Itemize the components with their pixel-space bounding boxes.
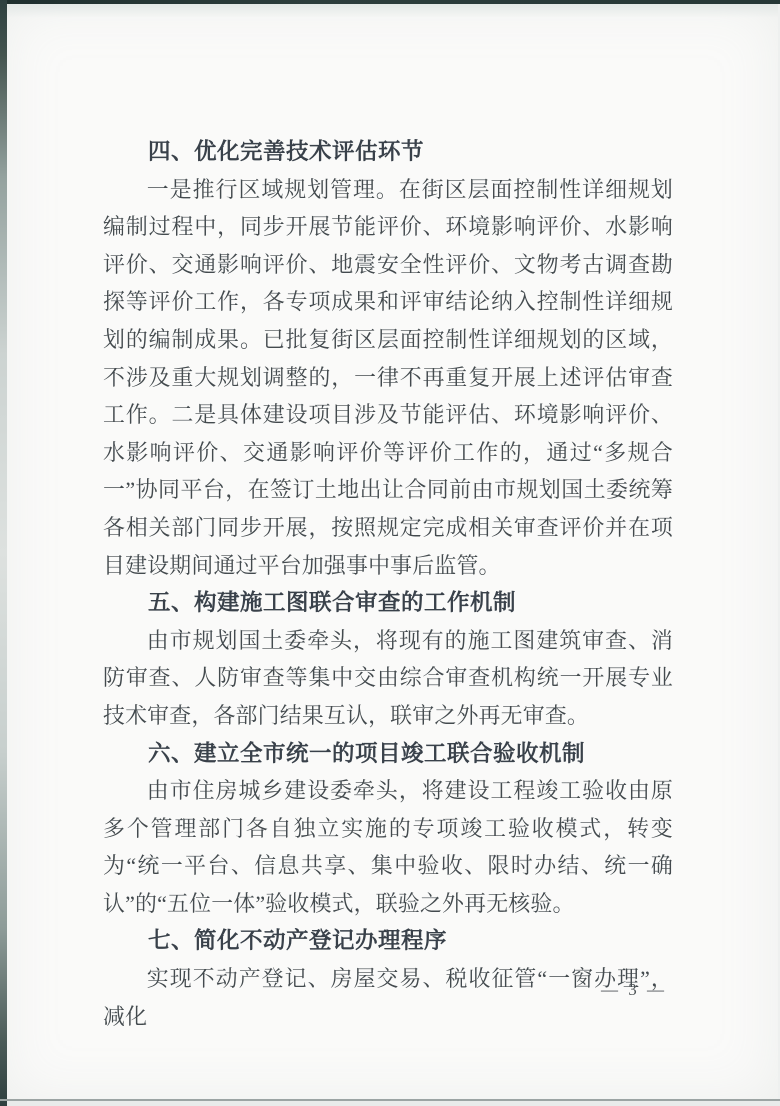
scan-edge-top-shadow (0, 4, 780, 18)
section-5: 五、构建施工图联合审查的工作机制 由市规划国土委牵头，将现有的施工图建筑审查、消… (103, 584, 673, 734)
page-number: — 3 — (103, 980, 673, 1000)
section-4-heading: 四、优化完善技术评估环节 (103, 133, 673, 171)
scanned-document-page: 四、优化完善技术评估环节 一是推行区域规划管理。在街区层面控制性详细规划编制过程… (0, 0, 780, 1106)
section-4-body: 一是推行区域规划管理。在街区层面控制性详细规划编制过程中，同步开展节能评价、环境… (103, 171, 673, 585)
section-5-heading: 五、构建施工图联合审查的工作机制 (103, 584, 673, 622)
section-4: 四、优化完善技术评估环节 一是推行区域规划管理。在街区层面控制性详细规划编制过程… (103, 133, 673, 584)
document-text-block: 四、优化完善技术评估环节 一是推行区域规划管理。在街区层面控制性详细规划编制过程… (103, 133, 673, 1035)
scan-edge-left (0, 0, 7, 1106)
section-6: 六、建立全市统一的项目竣工联合验收机制 由市住房城乡建设委牵头，将建设工程竣工验… (103, 735, 673, 923)
section-5-body: 由市规划国土委牵头，将现有的施工图建筑审查、消防审查、人防审查等集中交由综合审查… (103, 622, 673, 735)
section-7-heading: 七、简化不动产登记办理程序 (103, 922, 673, 960)
scan-edge-top (0, 0, 780, 4)
scan-edge-bottom-line (0, 1099, 780, 1101)
section-6-heading: 六、建立全市统一的项目竣工联合验收机制 (103, 735, 673, 773)
section-6-body: 由市住房城乡建设委牵头，将建设工程竣工验收由原多个管理部门各自独立实施的专项竣工… (103, 772, 673, 922)
section-7: 七、简化不动产登记办理程序 实现不动产登记、房屋交易、税收征管“一窗办理”，减化 (103, 922, 673, 1035)
scan-edge-bottom-fill (0, 1101, 780, 1106)
